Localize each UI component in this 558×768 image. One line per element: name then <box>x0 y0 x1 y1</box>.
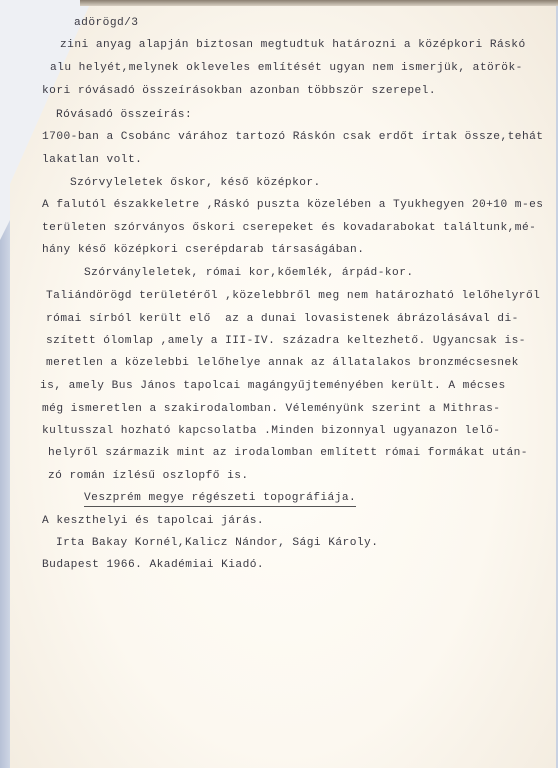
text-line: zini anyag alapján biztosan megtudtuk ha… <box>60 38 526 52</box>
text-line: zó román ízlésű oszlopfő is. <box>48 469 249 483</box>
section-heading: Szórvyleletek őskor, késő középkor. <box>70 176 321 190</box>
text-line: is, amely Bus János tapolcai magángyűjte… <box>40 379 506 393</box>
text-line: Taliándörögd területéről ,közelebbről me… <box>46 289 540 303</box>
section-heading: Szórványleletek, római kor,kőemlék, árpá… <box>84 266 414 280</box>
text-line: meretlen a közelebbi lelőhelye annak az … <box>46 356 519 370</box>
text-line: 1700-ban a Csobánc várához tartozó Ráskó… <box>42 130 543 144</box>
page-top-edge <box>80 0 558 6</box>
text-line: hány késő középkori cserépdarab társaság… <box>42 243 364 257</box>
reference-line: A keszthelyi és tapolcai járás. <box>42 514 264 528</box>
text-line: kultusszal hozható kapcsolatba .Minden b… <box>42 424 500 438</box>
text-line: lakatlan volt. <box>42 153 142 167</box>
text-line: szített ólomlap ,amely a III-IV. századr… <box>46 334 526 348</box>
reference-line: Budapest 1966. Akadémiai Kiadó. <box>42 558 264 572</box>
text-line: alu helyét,melynek okleveles említését u… <box>50 61 523 75</box>
reference-line: Irta Bakay Kornél,Kalicz Nándor, Sági Ká… <box>56 536 378 550</box>
text-line: A falutól északkeletre ,Ráskó puszta köz… <box>42 198 543 212</box>
text-line: helyről származik mint az irodalomban em… <box>48 446 528 460</box>
section-heading: Róvásadó összeírás: <box>56 108 192 122</box>
text-line: területen szórványos őskori cserepeket é… <box>42 221 536 235</box>
text-line: római sírból került elő az a dunai lovas… <box>46 312 519 326</box>
reference-title: Veszprém megye régészeti topográfiája. <box>84 491 356 507</box>
page-header: adörögd/3 <box>74 16 138 30</box>
text-line: kori róvásadó összeírásokban azonban töb… <box>42 84 436 98</box>
text-line: még ismeretlen a szakirodalomban. Vélemé… <box>42 402 500 416</box>
